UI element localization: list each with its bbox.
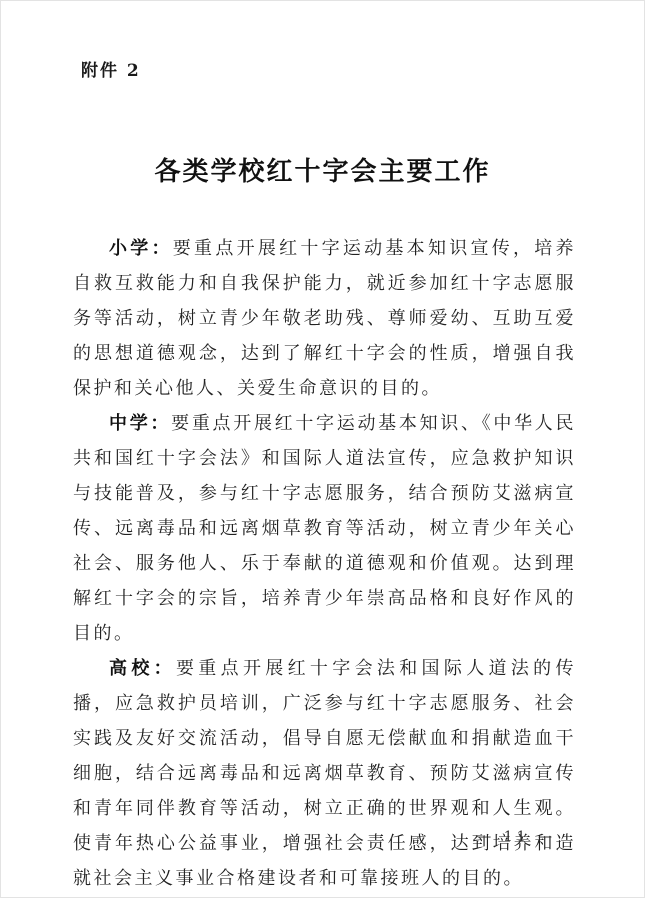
paragraph-middle-school: 中学：要重点开展红十字运动基本知识、《中华人民共和国红十字会法》和国际人道法宣传…: [73, 406, 576, 651]
paragraph-lead-middle-school: 中学：: [109, 413, 171, 434]
paragraph-text-college: 要重点开展红十字会法和国际人道法的传播，应急救护员培训，广泛参与红十字志愿服务、…: [73, 658, 576, 889]
paragraph-text-middle-school: 要重点开展红十字运动基本知识、《中华人民共和国红十字会法》和国际人道法宣传，应急…: [73, 413, 576, 644]
paragraph-lead-primary-school: 小学：: [109, 238, 173, 259]
paragraph-college: 高校：要重点开展红十字会法和国际人道法的传播，应急救护员培训，广泛参与红十字志愿…: [73, 651, 576, 896]
document-body: 小学：要重点开展红十字运动基本知识宣传，培养自救互救能力和自我保护能力，就近参加…: [1, 231, 644, 896]
attachment-label: 附件 2: [81, 59, 644, 83]
paragraph-primary-school: 小学：要重点开展红十字运动基本知识宣传，培养自救互救能力和自我保护能力，就近参加…: [73, 231, 576, 406]
paragraph-text-primary-school: 要重点开展红十字运动基本知识宣传，培养自救互救能力和自我保护能力，就近参加红十字…: [73, 238, 576, 399]
document-title: 各类学校红十字会主要工作: [1, 155, 644, 189]
paragraph-lead-college: 高校：: [109, 658, 176, 679]
document-page: 附件 2 各类学校红十字会主要工作 小学：要重点开展红十字运动基本知识宣传，培养…: [0, 0, 645, 898]
page-number: — 11 —: [477, 829, 556, 845]
